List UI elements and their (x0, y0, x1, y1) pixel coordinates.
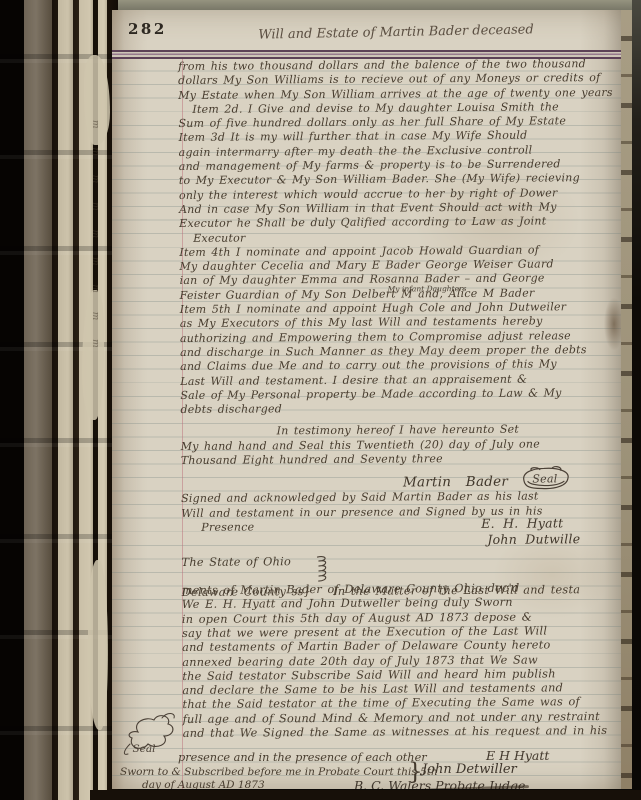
testator-signature-row: Martin Bader Seal (181, 465, 632, 492)
witness-signature: E H Hyatt (486, 748, 549, 763)
probate-closing-row: presence and in the presence of each oth… (178, 751, 427, 764)
bottom-edge (90, 790, 641, 800)
text-line-main: Feister Guardian of My Son Delbert M and… (180, 286, 535, 301)
interlinear-insertion: My infant Daughters (388, 282, 467, 297)
seal-word: Seal (132, 743, 155, 755)
page-number: 282 (128, 20, 167, 38)
text-line: presence and in the presence of each oth… (178, 751, 427, 764)
testator-signature: Martin Bader (403, 474, 508, 491)
text-line: and that We Signed the Same as witnesses… (183, 724, 632, 741)
jurat-text: day of August AD 1873 (142, 779, 265, 789)
margin-seal-icon: Seal (118, 710, 180, 762)
page-right-edge (621, 10, 632, 789)
probate-attestation: The State of Ohio Delaware County ss} In… (181, 552, 632, 741)
witness-signature: John Dutwille (181, 532, 632, 549)
testimony-clause: In testimony hereof I have hereunto Set … (181, 422, 632, 468)
witness-signature: John Detwiller (422, 762, 517, 777)
gutter-shadow (632, 0, 641, 800)
judge-signature: B. C. Walers Probate Judge (354, 778, 525, 789)
text-line: debts discharged (180, 400, 632, 417)
torn-page-stub (88, 560, 108, 730)
jurat-row-1: Sworn to & Subscribed before me in Proba… (120, 766, 438, 778)
witness-signature: E. H. Hyatt (481, 516, 563, 531)
seal-word: Seal (532, 473, 557, 486)
jurat-text: Sworn to & Subscribed before me in Proba… (120, 766, 438, 778)
drawn-seal-icon: Seal (518, 466, 572, 492)
attestation-closing-word: Presence (201, 520, 254, 533)
stub-ink-marks: m m m m m m m m m (92, 120, 108, 480)
jurat-row-2: day of August AD 1873 B. C. Walers Proba… (142, 779, 265, 789)
ledger-page: 282 Will and Estate of Martin Bader dece… (112, 10, 632, 789)
page-title: Will and Estate of Martin Bader deceased (196, 21, 596, 44)
handwritten-text: from his two thousand dollars and the ba… (178, 57, 632, 741)
probate-record-photo: m m m m m m m m m 282 Will and Estate of… (0, 0, 641, 800)
